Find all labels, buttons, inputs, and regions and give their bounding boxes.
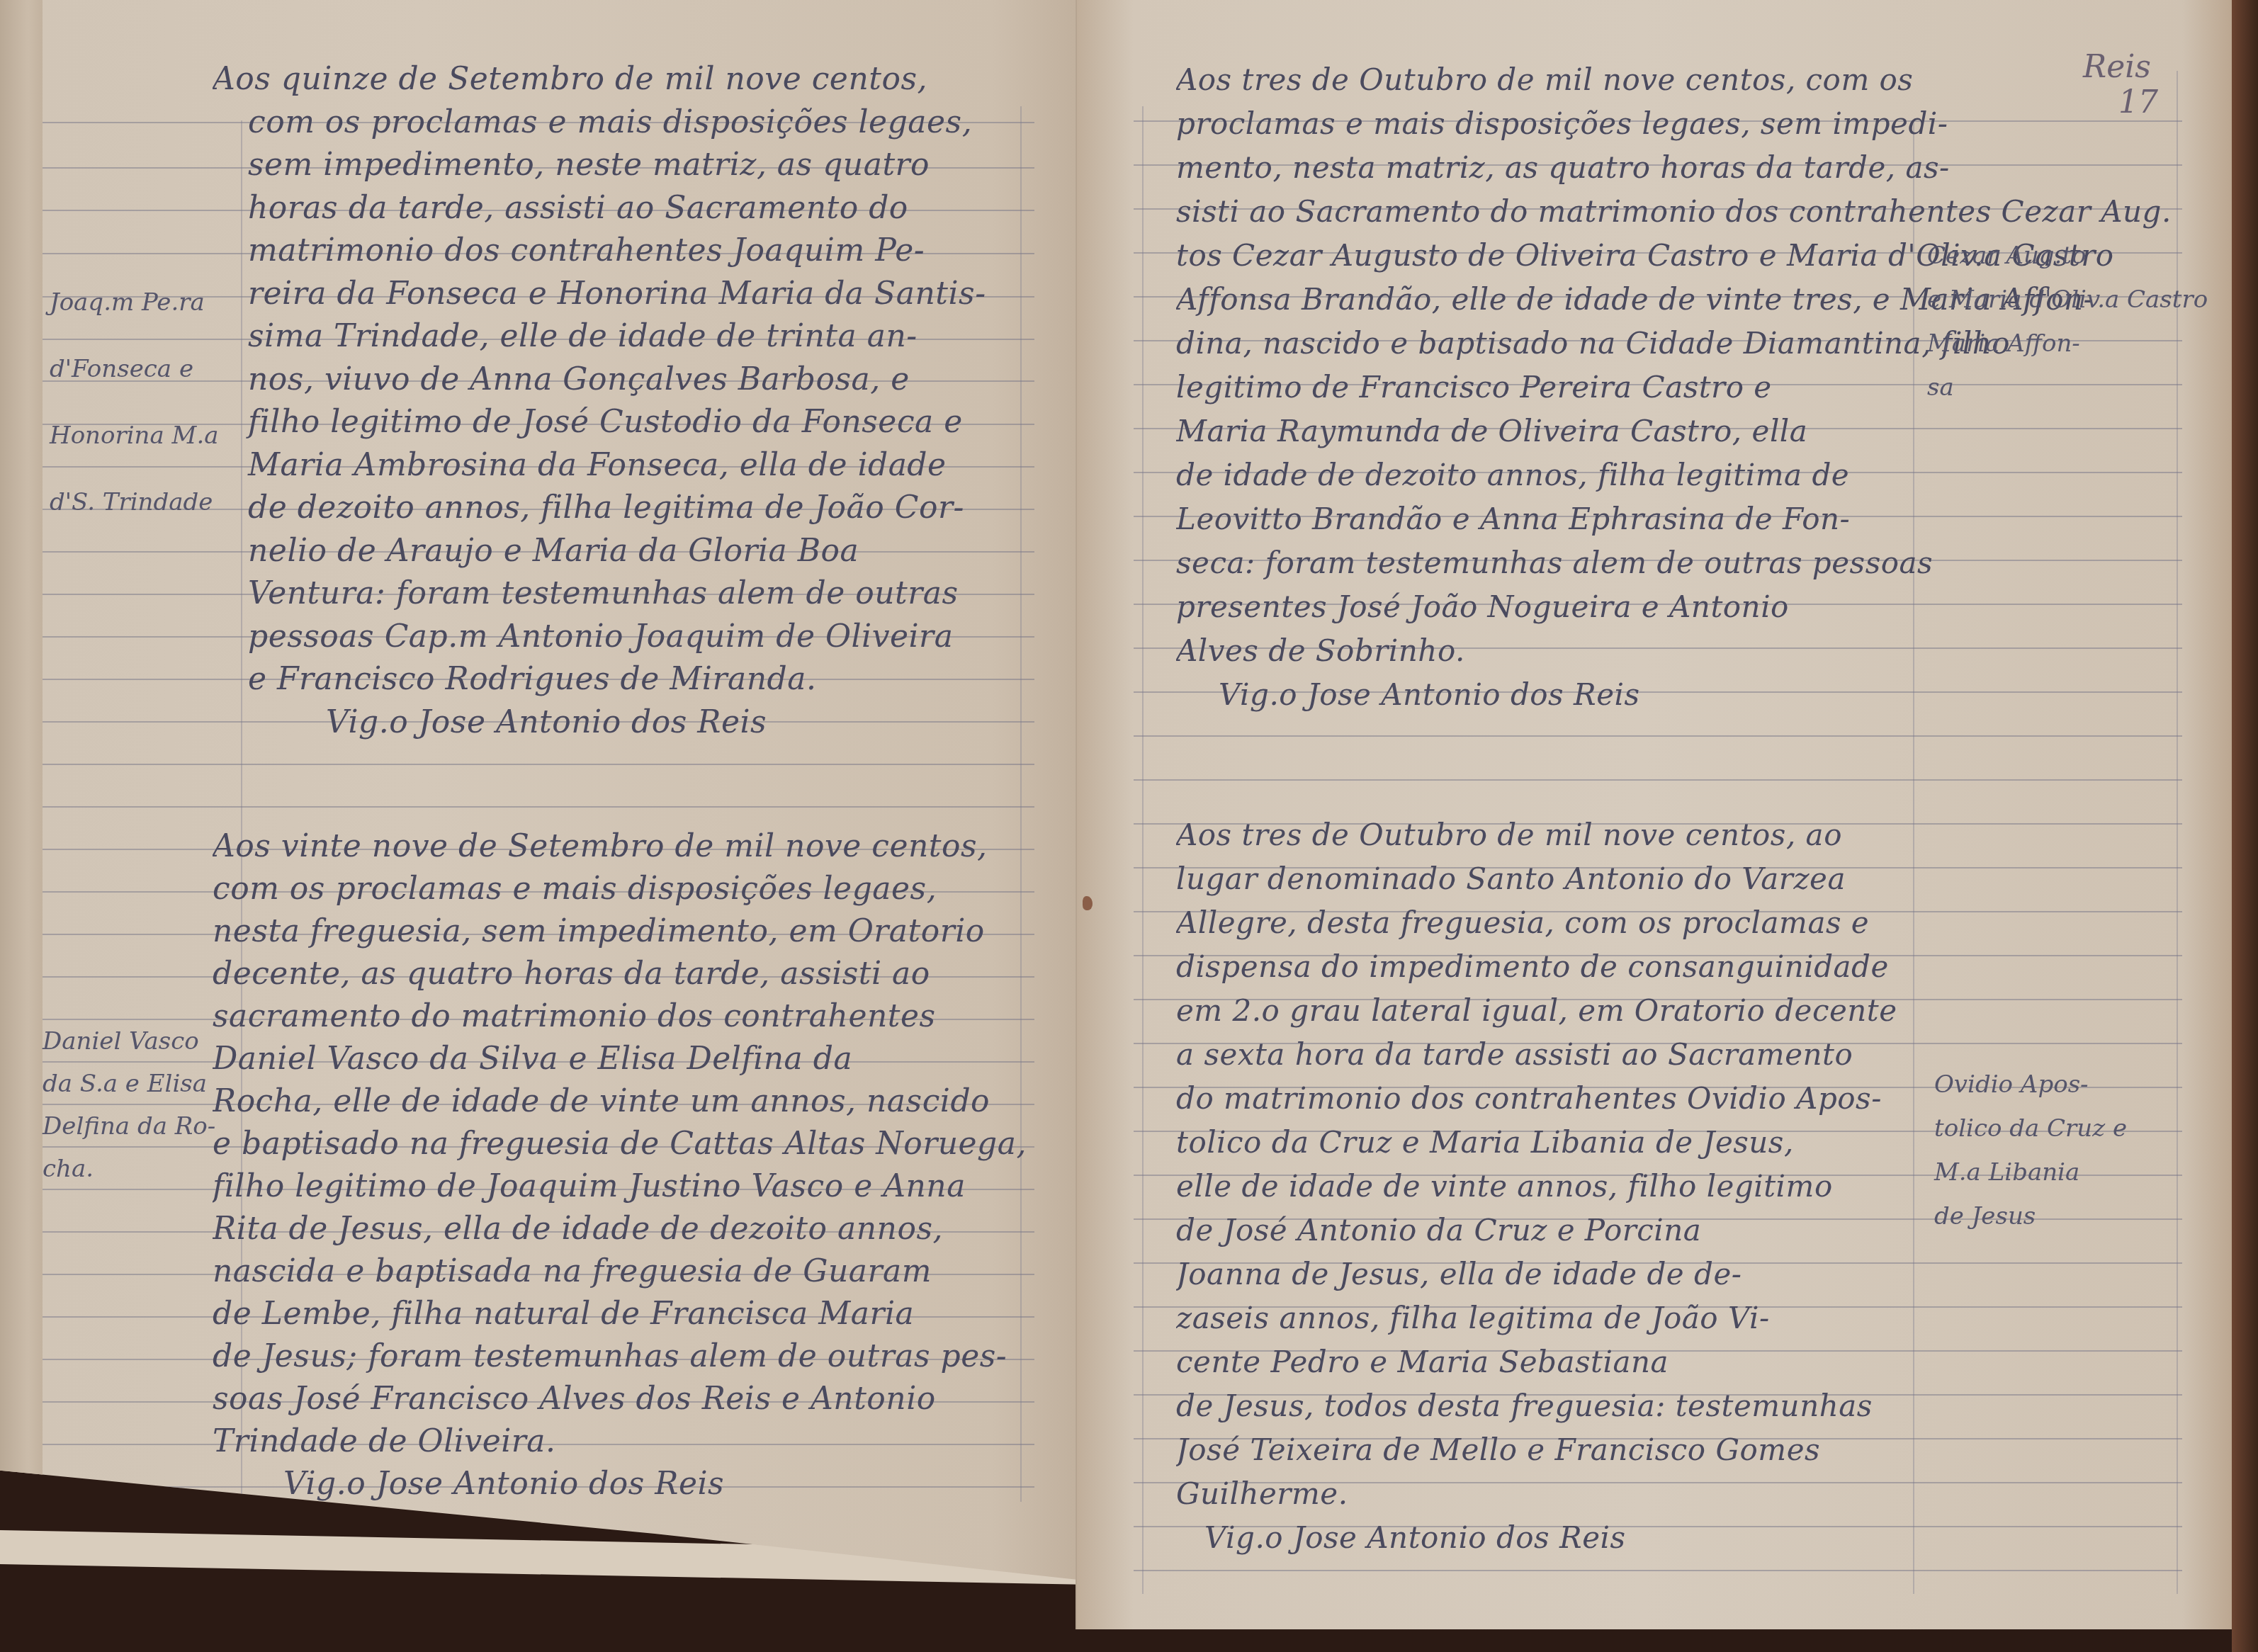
entry-line: cente Pedro e Maria Sebastiana — [1176, 1340, 1955, 1384]
entry-line: dispensa do impedimento de consanguinida… — [1176, 945, 1955, 989]
entry-line: Leovitto Brandão e Anna Ephrasina de Fon… — [1176, 497, 2189, 541]
entry-line: Maria Raymunda de Oliveira Castro, ella — [1176, 409, 2189, 453]
entry-line: Rita de Jesus, ella de idade de dezoito … — [213, 1208, 1027, 1250]
ruling-line — [1134, 779, 2182, 781]
entry-line: e Francisco Rodrigues de Miranda. — [213, 658, 1027, 701]
priest-signature: Vig.o Jose Antonio dos Reis — [213, 1463, 1027, 1505]
priest-signature: Vig.o Jose Antonio dos Reis — [213, 701, 1027, 745]
ruling-line — [43, 764, 1034, 765]
register-entry-2: Aos vinte nove de Setembro de mil nove c… — [213, 825, 1027, 1505]
margin-note-line: cha. — [43, 1148, 215, 1190]
entry-line: do matrimonio dos contrahentes Ovidio Ap… — [1176, 1077, 1955, 1121]
margin-note-line: tolico da Cruz e — [1934, 1107, 2127, 1150]
priest-signature: Vig.o Jose Antonio dos Reis — [1176, 673, 2189, 717]
entry-line: Guilherme. — [1176, 1472, 1955, 1516]
entry-line: horas da tarde, assisti ao Sacramento do — [213, 187, 1027, 230]
entry-line: sacramento do matrimonio dos contrahente… — [213, 995, 1027, 1038]
open-register-book: Joaq.m Pe.ra d'Fonseca e Honorina M.a d'… — [0, 0, 2258, 1652]
entry-line: matrimonio dos contrahentes Joaquim Pe- — [213, 230, 1027, 273]
entry-line: José Teixeira de Mello e Francisco Gomes — [1176, 1428, 1955, 1472]
priest-signature: Vig.o Jose Antonio dos Reis — [1176, 1516, 1955, 1560]
entry-line: reira da Fonseca e Honorina Maria da San… — [213, 273, 1027, 316]
margin-note-entry-1: Joaq.m Pe.ra d'Fonseca e Honorina M.a d'… — [50, 269, 218, 536]
left-page-edge — [0, 0, 43, 1581]
entry-line: decente, as quatro horas da tarde, assis… — [213, 953, 1027, 995]
margin-note-line: Daniel Vasco — [43, 1020, 215, 1063]
entry-line: filho legitimo de Joaquim Justino Vasco … — [213, 1165, 1027, 1208]
margin-note-line: Honorina M.a — [50, 402, 218, 469]
entry-line: nelio de Araujo e Maria da Gloria Boa — [213, 530, 1027, 573]
margin-note-line: da S.a e Elisa — [43, 1063, 215, 1105]
entry-line: Trindade de Oliveira. — [213, 1420, 1027, 1463]
entry-line: Allegre, desta freguesia, com os proclam… — [1176, 901, 1955, 945]
entry-line: nascida e baptisada na freguesia de Guar… — [213, 1250, 1027, 1293]
entry-line: sima Trindade, elle de idade de trinta a… — [213, 315, 1027, 358]
entry-line: Rocha, elle de idade de vinte um annos, … — [213, 1080, 1027, 1123]
entry-line: Daniel Vasco da Silva e Elisa Delfina da — [213, 1038, 1027, 1080]
margin-note-line: Cezar Aug.to — [1927, 234, 2208, 278]
entry-line: de idade de dezoito annos, filha legitim… — [1176, 453, 2189, 497]
margin-note-entry-3: Cezar Aug.to e Maria d'Oliv.a Castro Mar… — [1927, 234, 2208, 409]
entry-line: pessoas Cap.m Antonio Joaquim de Oliveir… — [213, 616, 1027, 659]
entry-line: em 2.o grau lateral igual, em Oratorio d… — [1176, 989, 1955, 1033]
entry-line: Ventura: foram testemunhas alem de outra… — [213, 572, 1027, 616]
entry-line: de Jesus; foram testemunhas alem de outr… — [213, 1335, 1027, 1378]
entry-line: com os proclamas e mais disposições lega… — [213, 101, 1027, 145]
entry-line: de Lembe, filha natural de Francisca Mar… — [213, 1293, 1027, 1335]
margin-note-entry-2: Daniel Vasco da S.a e Elisa Delfina da R… — [43, 1020, 215, 1190]
entry-line: seca: foram testemunhas alem de outras p… — [1176, 541, 2189, 585]
entry-line: tolico da Cruz e Maria Libania de Jesus, — [1176, 1121, 1955, 1165]
margin-note-line: Maria Affon- — [1927, 322, 2208, 366]
entry-line: elle de idade de vinte annos, filho legi… — [1176, 1165, 1955, 1209]
entry-line: presentes José João Nogueira e Antonio — [1176, 585, 2189, 629]
margin-rule — [1142, 106, 1144, 1594]
entry-line: de José Antonio da Cruz e Porcina — [1176, 1209, 1955, 1252]
margin-note-line: sa — [1927, 366, 2208, 409]
entry-line: com os proclamas e mais disposições lega… — [213, 868, 1027, 910]
entry-line: Aos quinze de Setembro de mil nove cento… — [213, 58, 1027, 101]
entry-line: de dezoito annos, filha legitima de João… — [213, 487, 1027, 530]
register-entry-1: Aos quinze de Setembro de mil nove cento… — [213, 58, 1027, 744]
margin-note-line: Ovidio Apos- — [1934, 1063, 2127, 1107]
entry-line: proclamas e mais disposições legaes, sem… — [1176, 102, 2189, 146]
ruling-line — [1134, 1570, 2182, 1571]
entry-line: Aos tres de Outubro de mil nove centos, … — [1176, 813, 1955, 857]
ruling-line — [43, 806, 1034, 808]
right-book-edge — [2232, 0, 2258, 1652]
entry-line: soas José Francisco Alves dos Reis e Ant… — [213, 1378, 1027, 1420]
spine-tear-mark — [1083, 896, 1093, 910]
entry-line: de Jesus, todos desta freguesia: testemu… — [1176, 1384, 1955, 1428]
entry-line: filho legitimo de José Custodio da Fonse… — [213, 401, 1027, 444]
left-page: Joaq.m Pe.ra d'Fonseca e Honorina M.a d'… — [0, 0, 1091, 1581]
entry-line: Aos tres de Outubro de mil nove centos, … — [1176, 58, 2189, 102]
entry-line: mento, nesta matriz, as quatro horas da … — [1176, 146, 2189, 190]
entry-line: nos, viuvo de Anna Gonçalves Barbosa, e — [213, 358, 1027, 402]
ruling-line — [1134, 735, 2182, 737]
margin-note-line: d'S. Trindade — [50, 469, 218, 536]
register-entry-4: Aos tres de Outubro de mil nove centos, … — [1176, 813, 1955, 1560]
entry-line: nesta freguesia, sem impedimento, em Ora… — [213, 910, 1027, 953]
margin-note-entry-4: Ovidio Apos- tolico da Cruz e M.a Libani… — [1934, 1063, 2127, 1238]
margin-note-line: Delfina da Ro- — [43, 1105, 215, 1148]
entry-line: Maria Ambrosina da Fonseca, ella de idad… — [213, 444, 1027, 487]
entry-line: Joanna de Jesus, ella de idade de de- — [1176, 1252, 1955, 1296]
margin-note-line: e Maria d'Oliv.a Castro — [1927, 278, 2208, 322]
margin-note-line: Joaq.m Pe.ra — [50, 269, 218, 336]
margin-note-line: M.a Libania — [1934, 1150, 2127, 1194]
entry-line: sem impedimento, neste matriz, as quatro — [213, 144, 1027, 187]
entry-line: Alves de Sobrinho. — [1176, 629, 2189, 673]
margin-note-line: d'Fonseca e — [50, 336, 218, 402]
entry-line: zaseis annos, filha legitima de João Vi- — [1176, 1296, 1955, 1340]
entry-line: e baptisado na freguesia de Cattas Altas… — [213, 1123, 1027, 1165]
entry-line: sisti ao Sacramento do matrimonio dos co… — [1176, 190, 2189, 234]
entry-line: a sexta hora da tarde assisti ao Sacrame… — [1176, 1033, 1955, 1077]
entry-line: Aos vinte nove de Setembro de mil nove c… — [213, 825, 1027, 868]
entry-line: lugar denominado Santo Antonio do Varzea — [1176, 857, 1955, 901]
margin-note-line: de Jesus — [1934, 1194, 2127, 1238]
